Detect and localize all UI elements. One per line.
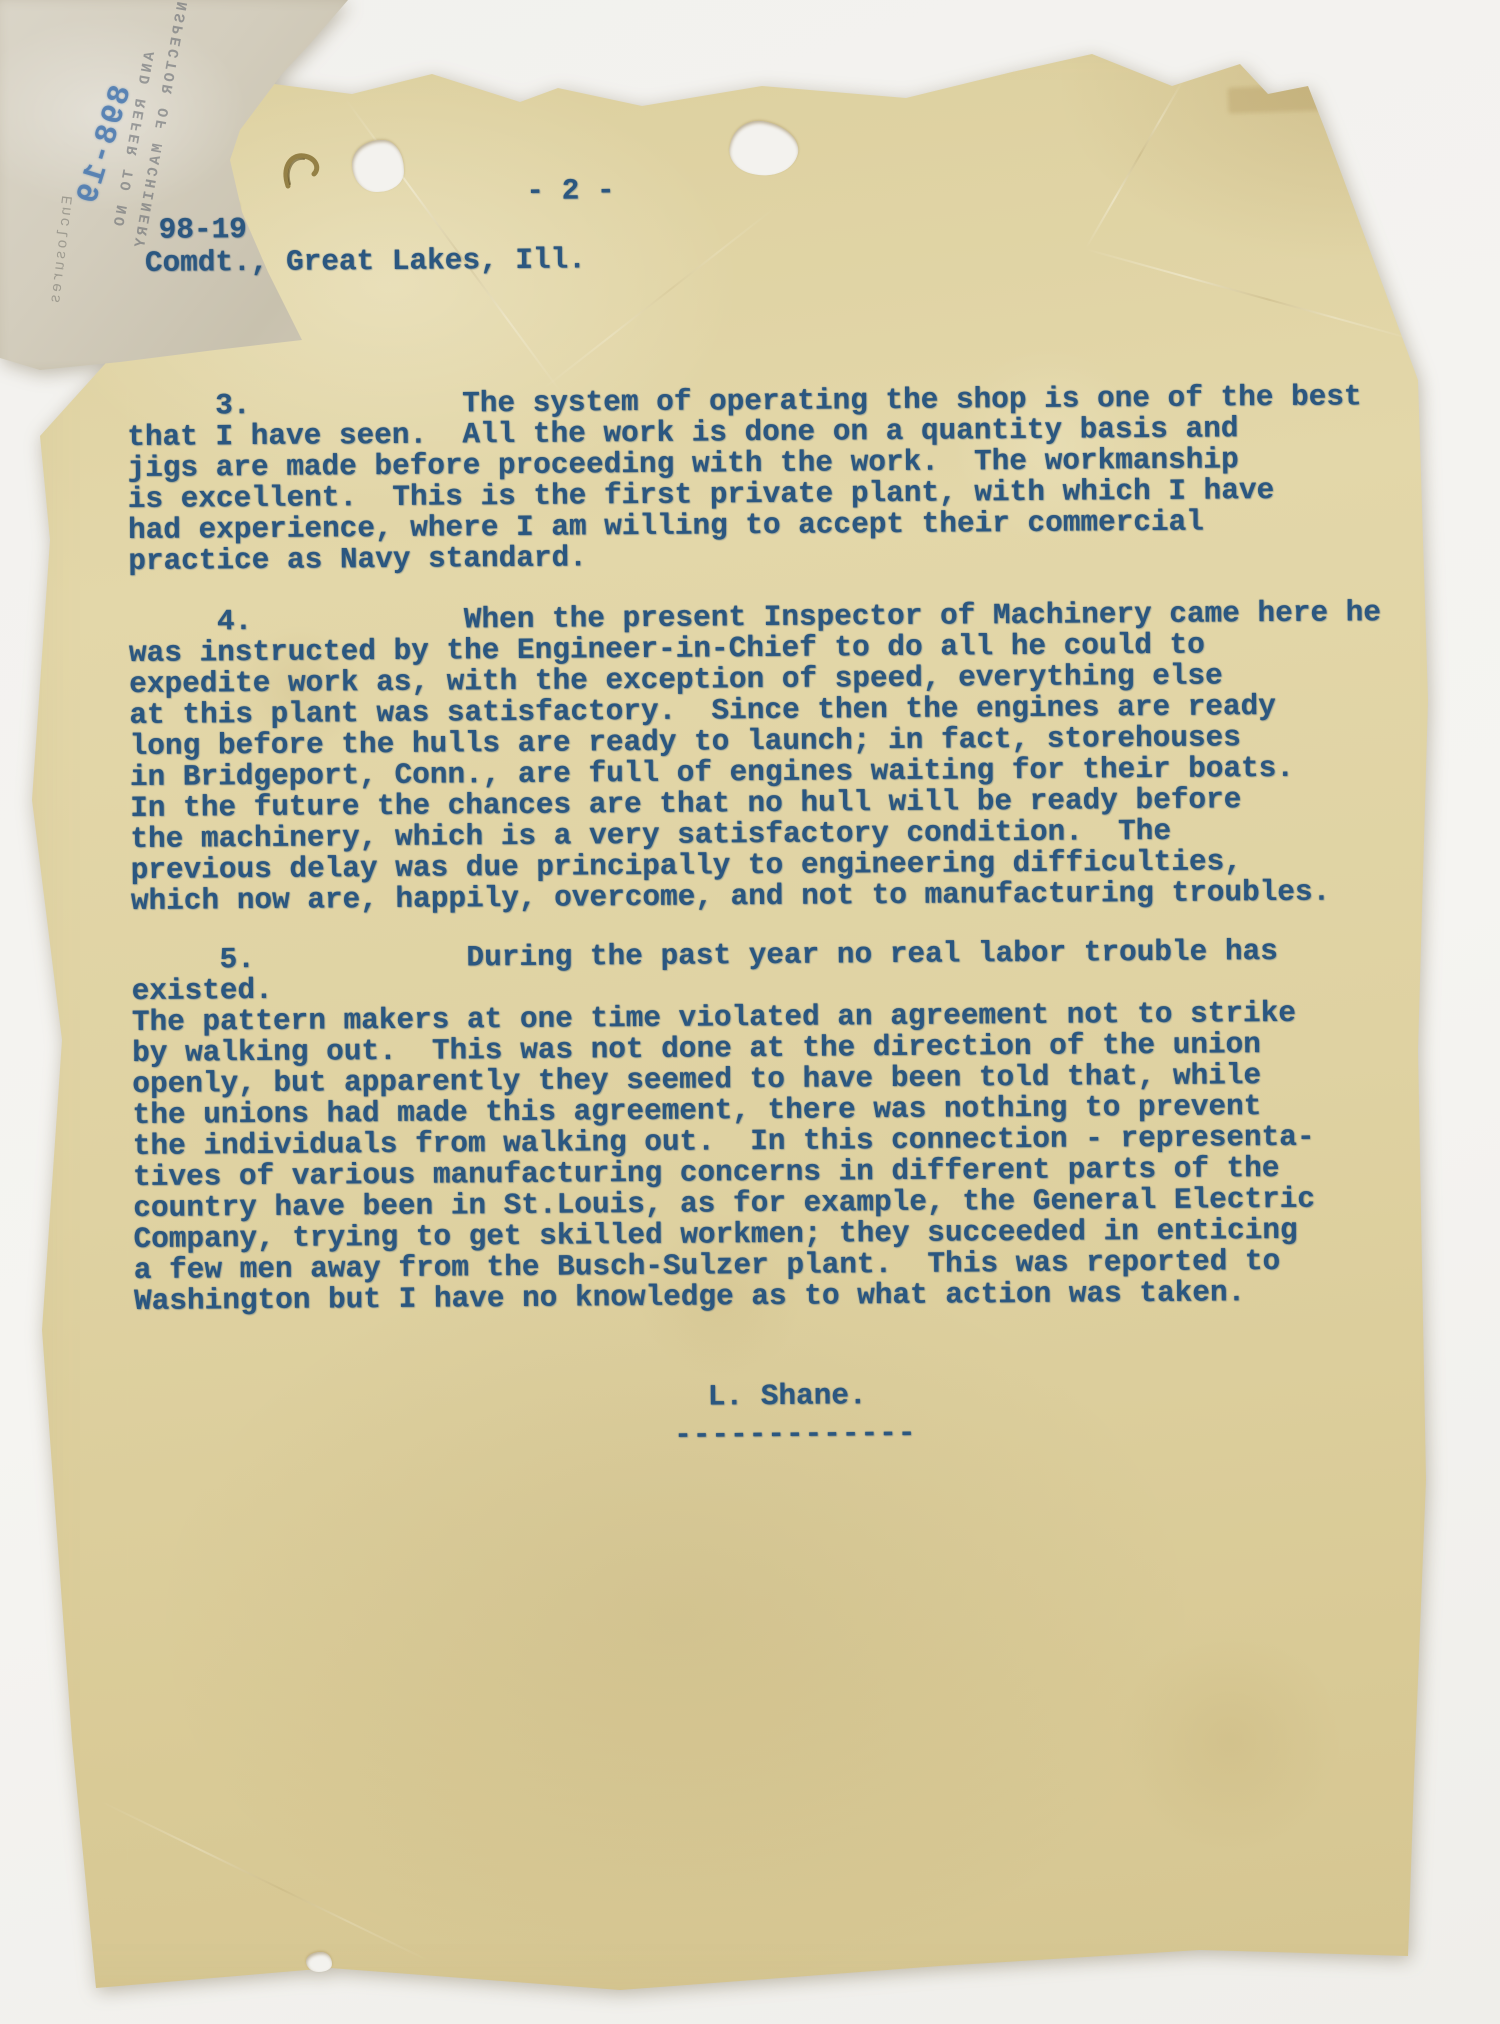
- signature-name: L. Shane.: [708, 1380, 867, 1412]
- paragraph-3: 3. The system of operating the shop is o…: [127, 381, 1388, 577]
- signature-underline: -------------: [674, 1418, 917, 1451]
- typed-content: - 2 - 98-19 Comdt., Great Lakes, Ill. 3.…: [0, 0, 1500, 2024]
- file-number: 98-19: [159, 214, 247, 246]
- page-number: - 2 -: [526, 175, 614, 207]
- paragraph-4: 4. When the present Inspector of Machine…: [129, 597, 1391, 917]
- scanned-document: S INSPECTOR OF MACHINERY AND REFER TO NO…: [0, 0, 1500, 2024]
- paragraph-5: 5. During the past year no real labor tr…: [131, 935, 1414, 1317]
- letter-sheet: S INSPECTOR OF MACHINERY AND REFER TO NO…: [0, 0, 1500, 2024]
- addressee-line: Comdt., Great Lakes, Ill.: [145, 244, 586, 278]
